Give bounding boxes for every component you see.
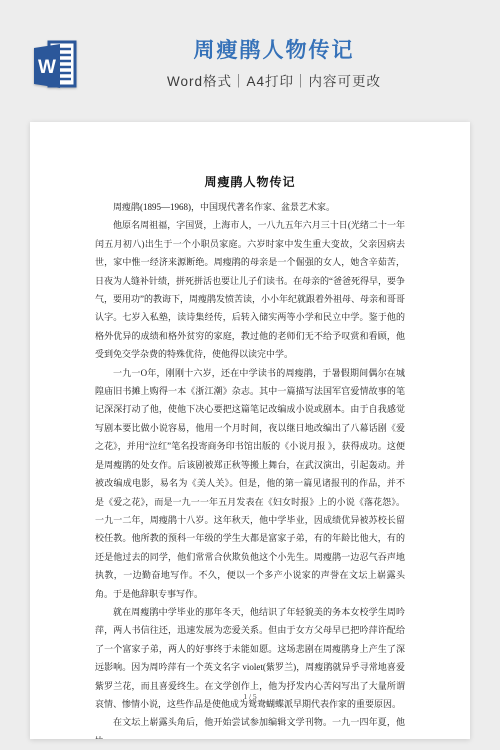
paragraph: 在文坛上崭露头角后，他开始尝试参加编辑文学刊物。一九一四年夏，他协	[95, 713, 405, 739]
preview-header: W 周瘦鹃人物传记 Word格式｜A4打印｜内容可更改	[0, 0, 500, 98]
template-subtitle: Word格式｜A4打印｜内容可更改	[48, 70, 500, 90]
template-title: 周瘦鹃人物传记	[48, 38, 500, 64]
document-body: 周瘦鹃(1895—1968)，中国现代著名作家、盆景艺术家。他原名周祖福，字国贤…	[95, 198, 405, 739]
page-number: 1 / 5	[30, 692, 470, 701]
header-titles: 周瘦鹃人物传记 Word格式｜A4打印｜内容可更改	[48, 38, 500, 90]
paragraph: 一九一O年，刚刚十六岁，还在中学读书的周瘦鹃，于暑假期间偶尔在城隍庙旧书摊上购得…	[95, 364, 405, 603]
word-icon: W	[30, 40, 78, 92]
paragraph: 周瘦鹃(1895—1968)，中国现代著名作家、盆景艺术家。	[95, 198, 405, 216]
document-title: 周瘦鹃人物传记	[95, 174, 405, 190]
document-page-preview: 周瘦鹃人物传记 周瘦鹃(1895—1968)，中国现代著名作家、盆景艺术家。他原…	[30, 122, 470, 739]
paragraph: 他原名周祖福，字国贤，上海市人，一八九五年六月三十日(光绪二十一年闰五月初八)出…	[95, 216, 405, 363]
word-icon-letter: W	[38, 57, 56, 78]
